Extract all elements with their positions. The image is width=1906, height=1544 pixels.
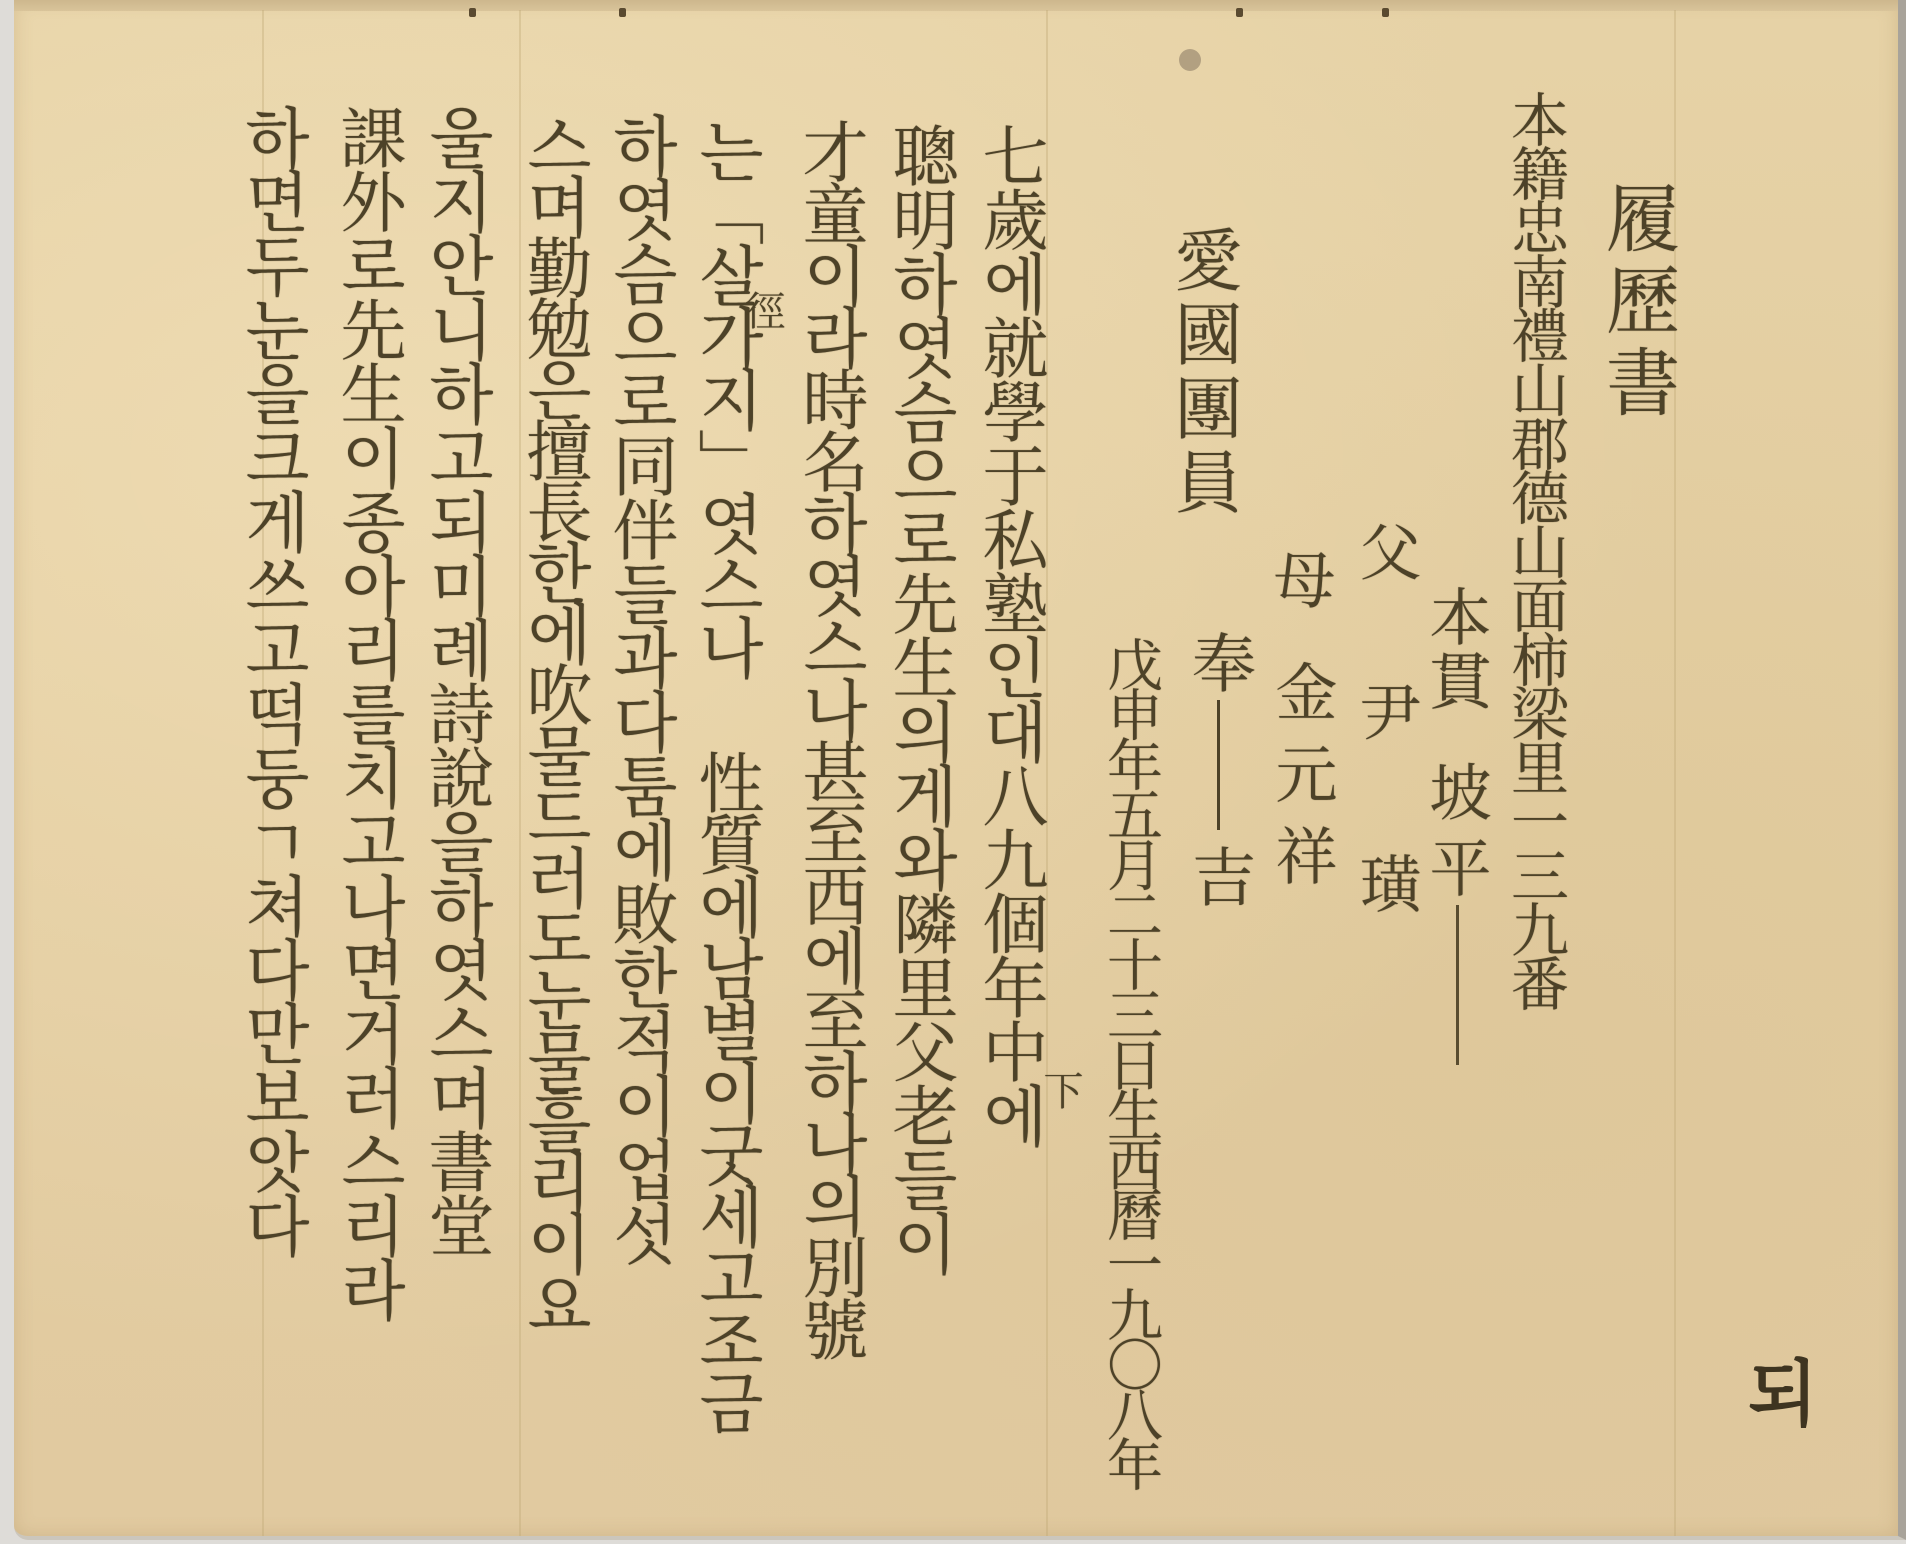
body-line-6: 스며勤勉은擅長한에吹물드러도눈물흘리이요 bbox=[520, 112, 586, 1332]
body-line-2: 聰明하엿슴으로先生의게와隣里父老들이 bbox=[886, 122, 952, 1274]
name-extension-stroke bbox=[1456, 905, 1459, 1065]
staple-mark bbox=[469, 8, 476, 17]
staple-mark bbox=[619, 8, 626, 17]
staple-mark bbox=[1382, 8, 1389, 17]
body-line-7: 울지안니하고되미례詩說을하엿스며書堂 bbox=[422, 104, 488, 1256]
body-line-8: 課外로先生이종아리를치고나면거러스리라 bbox=[334, 104, 400, 1320]
interlinear-note: 徑 bbox=[742, 290, 782, 330]
mother-label: 母 bbox=[1268, 548, 1330, 612]
body-line-5: 하엿슴으로同伴들과다툼에敗한적이업섯 bbox=[606, 112, 672, 1264]
clan-seat-value: 坡平 bbox=[1424, 760, 1486, 912]
birth-date-lunar: 戊申年五月二十三日生 bbox=[1098, 636, 1163, 1136]
ink-stain-dot bbox=[1179, 49, 1201, 71]
top-edge-band bbox=[14, 0, 1898, 11]
birth-date-western: 西曆一九〇八年 bbox=[1098, 1136, 1163, 1486]
staple-mark bbox=[1236, 8, 1243, 17]
name-extension-stroke bbox=[1217, 700, 1220, 830]
father-name: 尹璜 bbox=[1354, 680, 1416, 1024]
body-line-3: 才童이라時名하엿스나甚至西에至하나의別號 bbox=[796, 118, 862, 1358]
father-label: 父 bbox=[1354, 520, 1416, 584]
body-line-1: 七歲에就學于私塾인대八九個年中에 bbox=[976, 122, 1042, 1146]
body-line-9: 하면두눈을크게쓰고떡둥ㄱ쳐다만보앗다 bbox=[238, 104, 304, 1256]
domicile-line: 本籍忠南禮山郡德山面柿梁里一三九番 bbox=[1506, 90, 1564, 1008]
affiliation-label: 愛國團員 bbox=[1168, 225, 1236, 521]
person-name: 奉吉 bbox=[1186, 630, 1250, 1058]
birth-date: 戊申年五月二十三日生西曆一九〇八年 bbox=[1102, 636, 1158, 1486]
clan-seat-label: 本貫 bbox=[1424, 585, 1486, 713]
interlinear-note: 下 bbox=[1040, 1070, 1080, 1110]
mother-name: 金元祥 bbox=[1270, 660, 1332, 906]
document-title: 履歷書 bbox=[1600, 180, 1674, 426]
page-mark: 되 bbox=[1748, 1336, 1818, 1440]
